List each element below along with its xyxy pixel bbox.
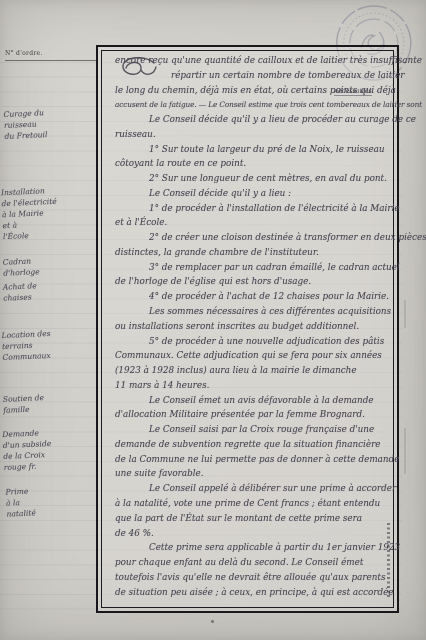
printer-imprint bbox=[387, 523, 390, 597]
manuscript-line: Le Conseil décide qu'il y a lieu : bbox=[115, 187, 387, 202]
margin-note: Installation de l'électricité à la Mairi… bbox=[1, 185, 59, 242]
manuscript-line: et à l'École. bbox=[115, 216, 387, 231]
manuscript-line: ruisseau. bbox=[115, 128, 387, 143]
manuscript-line: Les sommes nécessaires à ces différentes… bbox=[115, 305, 387, 320]
manuscript-line: accusent de la fatigue. — Le Conseil est… bbox=[115, 98, 387, 113]
manuscript-line: pour chaque enfant au delà du second. Le… bbox=[115, 556, 387, 571]
manuscript-line: de situation peu aisée ; à ceux, en prin… bbox=[115, 586, 387, 601]
manuscript-line: Le Conseil décide qu'il y a lieu de proc… bbox=[115, 113, 387, 128]
manuscript-line: 1° de procéder à l'installation de l'éle… bbox=[115, 202, 387, 217]
manuscript-line: 3° de remplacer par un cadran émaillé, l… bbox=[115, 261, 387, 276]
manuscript-line: de 46 %. bbox=[115, 527, 387, 542]
manuscript-line: de la Commune ne lui permette pas de don… bbox=[115, 453, 387, 468]
margin-note: Demande d'un subside de la Croix rouge f… bbox=[2, 427, 52, 473]
margin-note: Curage du ruisseau du Fretouil bbox=[3, 107, 47, 142]
manuscript-line: à la natalité, vote une prime de Cent fr… bbox=[115, 497, 387, 512]
margin-note: Soutien de famille bbox=[3, 392, 45, 416]
manuscript-line: Le Conseil saisi par la Croix rouge fran… bbox=[115, 423, 387, 438]
manuscript-line: (1923 à 1928 inclus) aura lieu à la mair… bbox=[115, 364, 387, 379]
manuscript-line: encore reçu qu'une quantité de cailloux … bbox=[115, 54, 387, 69]
manuscript-line: de l'horloge de l'église qui est hors d'… bbox=[115, 275, 387, 290]
margin-note: Prime à la natalité bbox=[5, 485, 36, 519]
manuscript-line: Cette prime sera applicable à partir du … bbox=[115, 541, 387, 556]
manuscript-line: d'allocation Militaire présentée par la … bbox=[115, 408, 387, 423]
manuscript-line: 4° de procéder à l'achat de 12 chaises p… bbox=[115, 290, 387, 305]
manuscript-line: une suite favorable. bbox=[115, 467, 387, 482]
manuscript-line: 11 mars à 14 heures. bbox=[115, 379, 387, 394]
scanned-register-page: N° d'ordre. nécessaires encore r bbox=[0, 0, 426, 640]
ink-speck bbox=[211, 620, 214, 623]
manuscript-line: ou installations seront inscrites au bud… bbox=[115, 320, 387, 335]
page-frame: nécessaires encore reçu qu'une quantité … bbox=[96, 45, 399, 613]
scan-smudge bbox=[404, 300, 406, 328]
manuscript-line: 5° de procéder à une nouvelle adjudicati… bbox=[115, 335, 387, 350]
manuscript-line: le long du chemin, déjà mis en état, où … bbox=[115, 84, 387, 99]
order-number-label: N° d'ordre. bbox=[5, 50, 96, 61]
manuscript-line: demande de subvention regrette que la si… bbox=[115, 438, 387, 453]
page-frame-inner-rule: nécessaires encore reçu qu'une quantité … bbox=[101, 50, 394, 608]
manuscript-line: Communaux. Cette adjudication qui se fer… bbox=[115, 349, 387, 364]
manuscript-line: Le Conseil appelé à délibérer sur une pr… bbox=[115, 482, 387, 497]
manuscript-line: distinctes, la grande chambre de l'insti… bbox=[115, 246, 387, 261]
manuscript-line: toutefois l'avis qu'elle ne devrait être… bbox=[115, 571, 387, 586]
manuscript-body: encore reçu qu'une quantité de cailloux … bbox=[102, 51, 393, 607]
manuscript-line: que la part de l'État sur le montant de … bbox=[115, 512, 387, 527]
margin-note: Location des terrains Communaux bbox=[1, 328, 51, 363]
scan-smudge bbox=[404, 428, 406, 474]
manuscript-line: répartir un certain nombre de tombereaux… bbox=[115, 69, 387, 84]
margin-note: Cadran d'horloge bbox=[3, 255, 40, 279]
manuscript-line: 2° Sur une longueur de cent mètres, en a… bbox=[115, 172, 387, 187]
manuscript-line: Le Conseil émet un avis défavorable à la… bbox=[115, 394, 387, 409]
manuscript-line: côtoyant la route en ce point. bbox=[115, 157, 387, 172]
margin-note: Achat de chaises bbox=[3, 280, 38, 303]
manuscript-line: 2° de créer une cloison destinée à trans… bbox=[115, 231, 387, 246]
manuscript-line: 1° Sur toute la largeur du pré de la Noi… bbox=[115, 143, 387, 158]
